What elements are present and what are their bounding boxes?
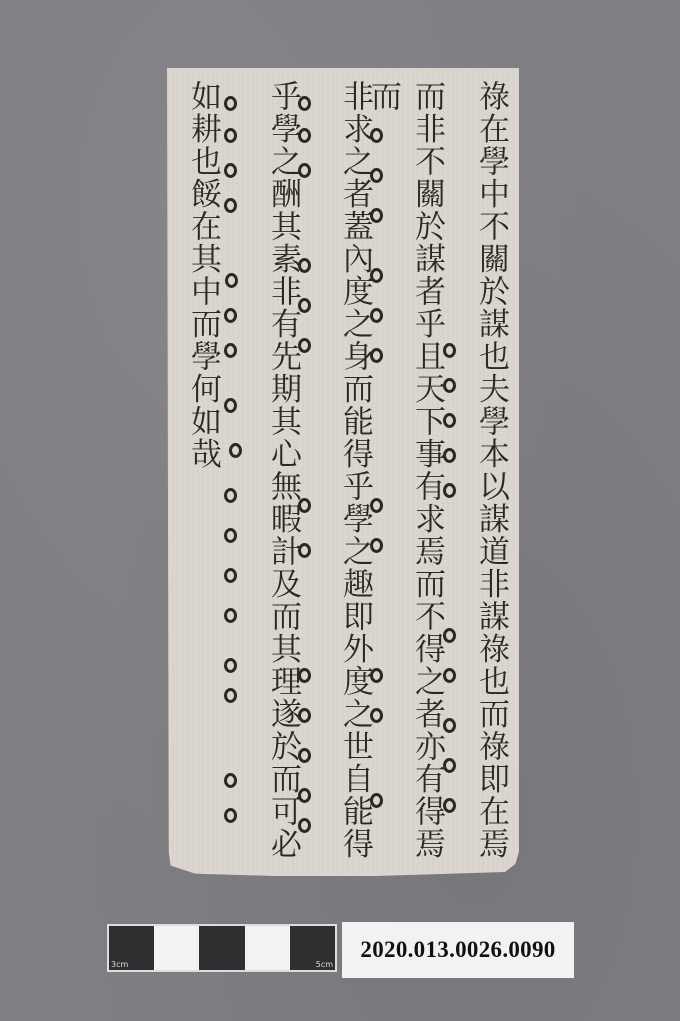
punctuation-circle-icon (298, 298, 311, 313)
punctuation-circle-icon (298, 788, 311, 803)
punctuation-circle-icon (370, 168, 383, 183)
punctuation-circle-icon (298, 163, 311, 178)
punctuation-circle-icon (443, 483, 456, 498)
scale-bar: 3cm 5cm (107, 924, 337, 972)
text-column-5: 如耕也餒在其中而學何如哉 (181, 80, 225, 470)
punctuation-circle-icon (443, 798, 456, 813)
text-column-2: 而非不關於謀者乎且天下事有求焉而不得之者亦有得焉而 (405, 80, 449, 876)
punctuation-circle-icon (370, 348, 383, 363)
punctuation-circle-icon (224, 808, 237, 823)
punctuation-circle-icon (298, 818, 311, 833)
punctuation-circle-icon (443, 718, 456, 733)
punctuation-circle-icon (224, 198, 237, 213)
punctuation-circle-icon (443, 413, 456, 428)
manuscript-page: 祿在學中不關於謀也夫學本以謀道非謀祿也而祿即在焉 而非不關於謀者乎且天下事有求焉… (167, 68, 519, 876)
punctuation-circle-icon (298, 338, 311, 353)
punctuation-circle-icon (229, 443, 242, 458)
scale-segment: 5cm (290, 926, 335, 970)
punctuation-circle-icon (443, 668, 456, 683)
punctuation-circle-icon (224, 773, 237, 788)
punctuation-circle-icon (224, 528, 237, 543)
scale-segment (199, 926, 244, 970)
punctuation-circle-icon (224, 163, 237, 178)
punctuation-circle-icon (370, 668, 383, 683)
punctuation-circle-icon (370, 498, 383, 513)
punctuation-circle-icon (224, 658, 237, 673)
punctuation-circle-icon (298, 748, 311, 763)
punctuation-circle-icon (443, 343, 456, 358)
punctuation-circle-icon (370, 793, 383, 808)
punctuation-circle-icon (370, 128, 383, 143)
punctuation-circle-icon (224, 688, 237, 703)
punctuation-circle-icon (224, 568, 237, 583)
punctuation-circle-icon (298, 96, 311, 111)
text-column-3: 非求之者蓋內度之身而能得乎學之趣即外度之世自能得 (333, 80, 377, 860)
scale-label-right: 5cm (316, 960, 333, 969)
punctuation-circle-icon (298, 668, 311, 683)
punctuation-circle-icon (224, 128, 237, 143)
punctuation-circle-icon (443, 448, 456, 463)
punctuation-circle-icon (298, 128, 311, 143)
punctuation-circle-icon (443, 628, 456, 643)
punctuation-circle-icon (224, 96, 237, 111)
scale-segment (154, 926, 199, 970)
scale-label-left: 3cm (111, 960, 128, 969)
punctuation-circle-icon (224, 308, 237, 323)
text-column-1: 祿在學中不關於謀也夫學本以謀道非謀祿也而祿即在焉 (469, 80, 513, 860)
punctuation-circle-icon (224, 608, 237, 623)
punctuation-circle-icon (224, 488, 237, 503)
punctuation-circle-icon (224, 398, 237, 413)
punctuation-circle-icon (370, 538, 383, 553)
punctuation-circle-icon (443, 758, 456, 773)
scale-segment: 3cm (109, 926, 154, 970)
text-column-4: 乎學之酬其素非有先期其心無暇計及而其理遂於而可必 (261, 80, 305, 860)
scale-segment (245, 926, 290, 970)
punctuation-circle-icon (370, 308, 383, 323)
punctuation-circle-icon (225, 273, 238, 288)
punctuation-circle-icon (370, 268, 383, 283)
punctuation-circle-icon (224, 343, 237, 358)
catalog-number-label: 2020.013.0026.0090 (342, 922, 574, 978)
punctuation-circle-icon (370, 708, 383, 723)
punctuation-circle-icon (443, 378, 456, 393)
punctuation-circle-icon (298, 543, 311, 558)
punctuation-circle-icon (298, 258, 311, 273)
punctuation-circle-icon (298, 708, 311, 723)
punctuation-circle-icon (298, 498, 311, 513)
punctuation-circle-icon (370, 208, 383, 223)
